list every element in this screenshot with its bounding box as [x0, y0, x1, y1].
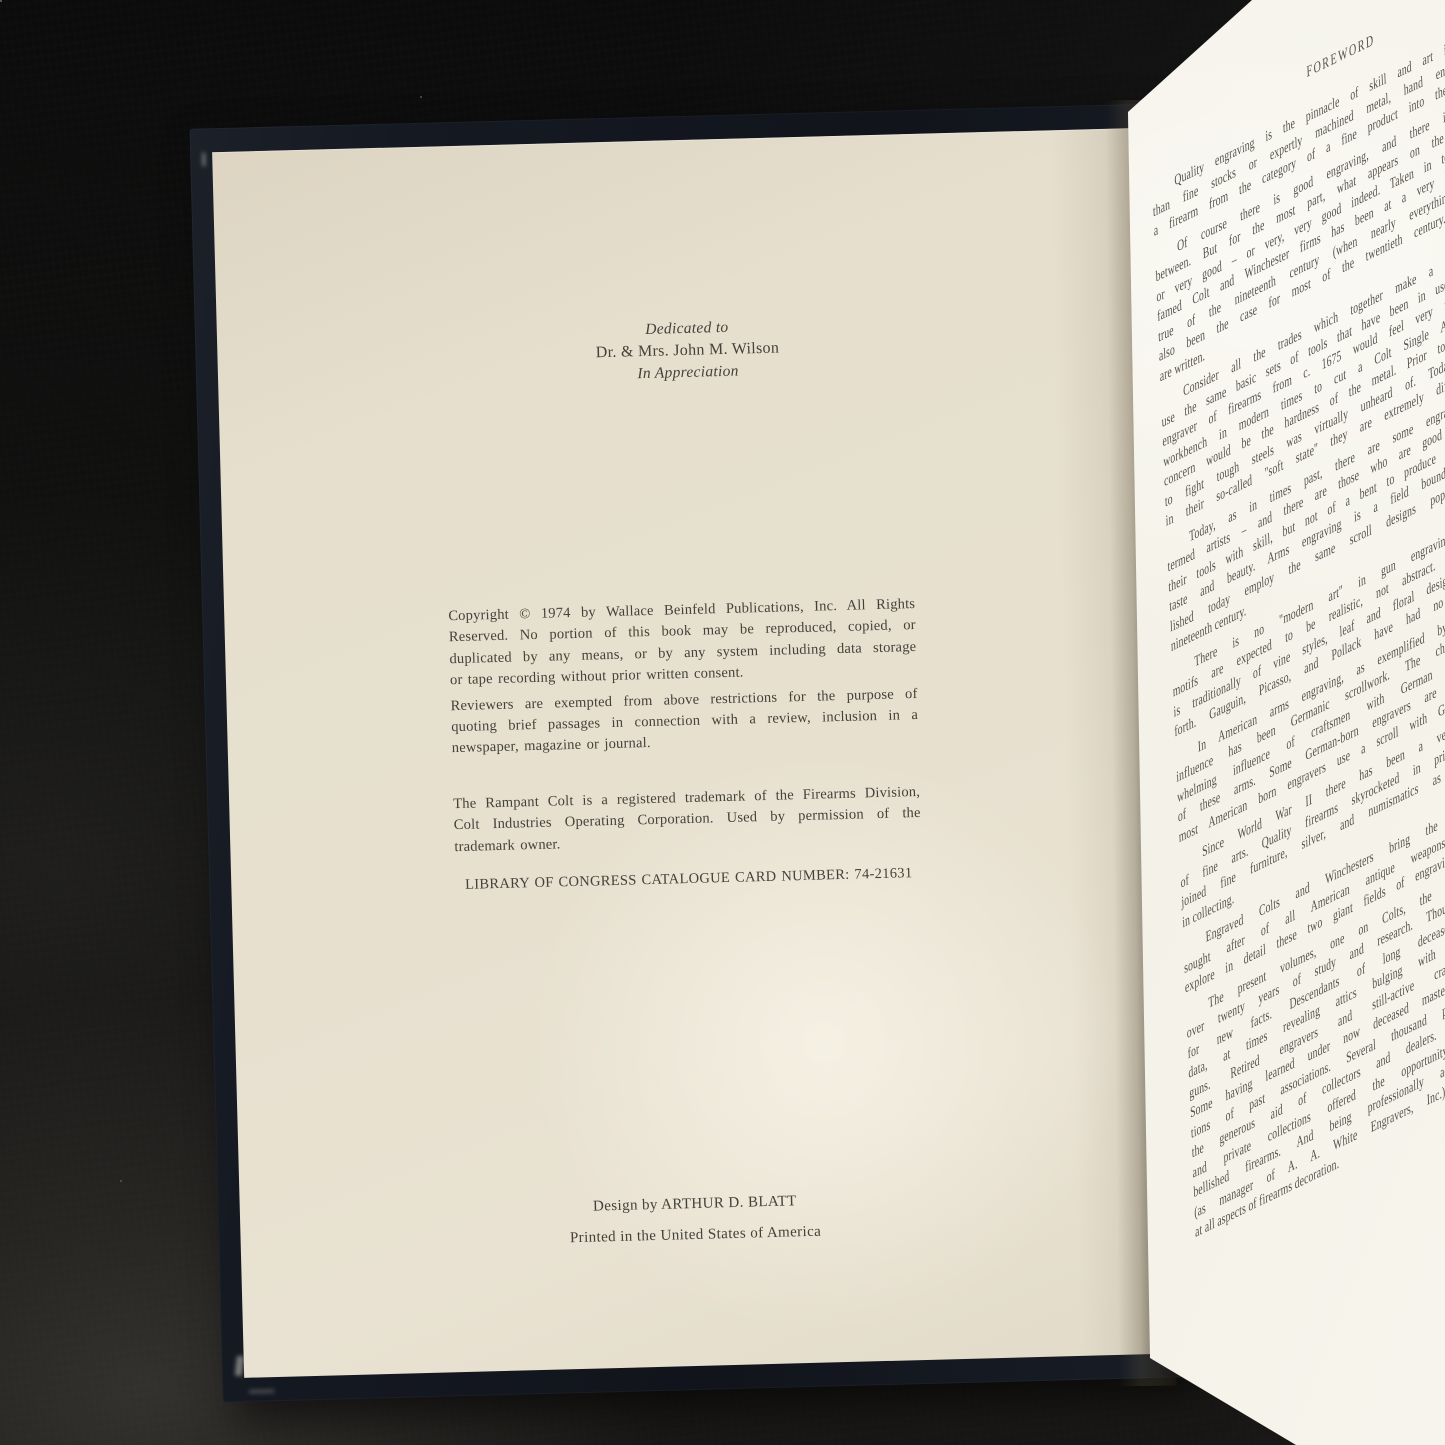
book-photo: Dedicated to Dr. & Mrs. John M. Wilson I… [0, 0, 1445, 1445]
copyright-text-column: Copyright © 1974 by Wallace Beinfeld Pub… [448, 594, 922, 877]
paragraph: The Rampant Colt is a registered tradema… [453, 782, 922, 858]
cover-scuff [249, 1389, 275, 1394]
design-credit-line: Design by ARTHUR D. BLATT [395, 1188, 995, 1221]
cover-scuff [202, 152, 205, 166]
copyright-page: Dedicated to Dr. & Mrs. John M. Wilson I… [212, 128, 1164, 1378]
dedication-block: Dedicated to Dr. & Mrs. John M. Wilson I… [487, 313, 889, 389]
cover-scuff [235, 1356, 244, 1377]
paragraph: Reviewers are exempted from above restri… [450, 684, 919, 760]
foreword-paragraphs: Quality engraving is the pinnacle of ski… [1152, 15, 1445, 1244]
paragraph: Copyright © 1974 by Wallace Beinfeld Pub… [448, 594, 917, 692]
foreword-text-plane: FOREWORD Quality engraving is the pinnac… [1150, 0, 1445, 1249]
printed-in-line: Printed in the United States of America [396, 1219, 996, 1252]
colophon-block: Design by ARTHUR D. BLATT Printed in the… [395, 1188, 996, 1252]
dust-speck [0, 0, 2, 2]
